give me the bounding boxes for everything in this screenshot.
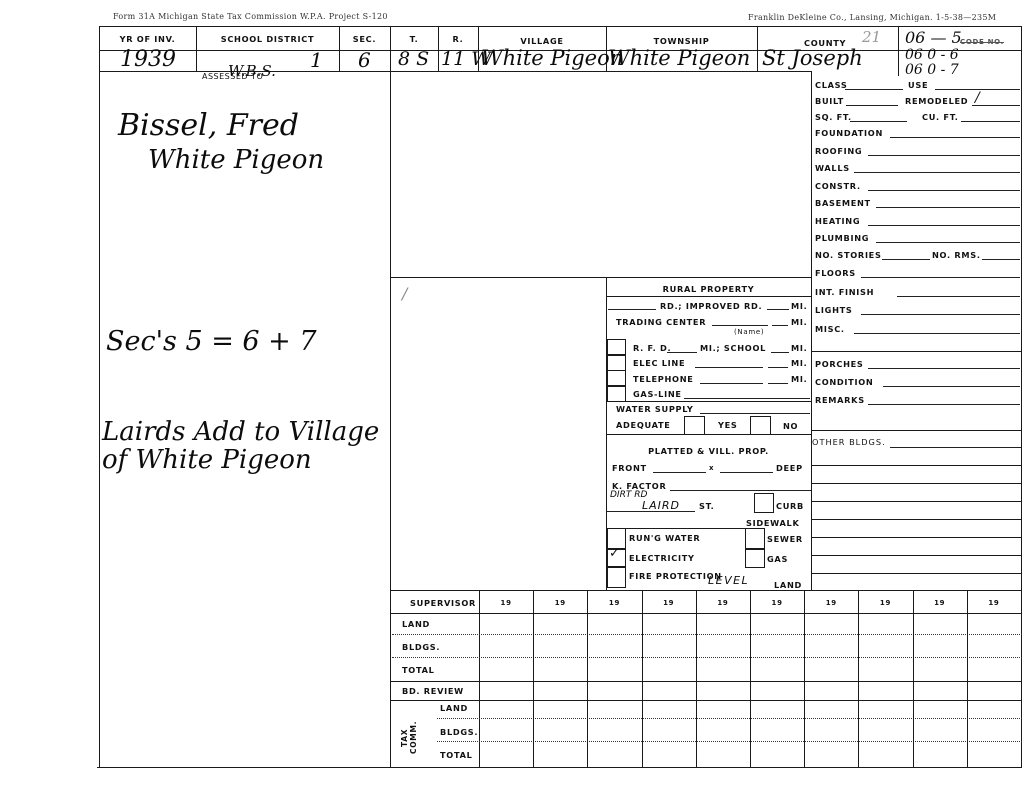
printer-caption: Franklin DeKleine Co., Lansing, Michigan… xyxy=(748,13,996,22)
no-rms-label: NO. RMS. xyxy=(932,250,981,260)
supervisor-total-label: TOTAL xyxy=(402,665,435,675)
elec-line-label: ELEC LINE xyxy=(633,358,685,368)
use-label: USE xyxy=(908,80,928,90)
front-label: FRONT xyxy=(612,463,647,473)
st-label: ST. xyxy=(699,501,714,511)
sewer-checkbox[interactable] xyxy=(745,528,765,550)
plumbing-label: PLUMBING xyxy=(815,233,869,243)
land-note: LEVEL xyxy=(708,574,749,587)
tax-comm-label: TAX COMM. xyxy=(400,715,418,760)
year-column-header[interactable]: 19 xyxy=(533,599,587,607)
by-label: x xyxy=(709,464,714,472)
adequate-label: ADEQUATE xyxy=(616,420,671,430)
roofing-field[interactable] xyxy=(868,155,1020,156)
land-label: LAND xyxy=(774,580,802,590)
other-bldgs-field[interactable] xyxy=(890,447,1021,448)
valuation-top-edge xyxy=(390,590,1022,591)
remodeled-label: REMODELED xyxy=(905,96,968,106)
condition-label: CONDITION xyxy=(815,377,873,387)
year-column-header[interactable]: 19 xyxy=(858,599,912,607)
year-column-header[interactable]: 19 xyxy=(696,599,750,607)
tax-comm-land-label: LAND xyxy=(440,703,468,713)
class-label: CLASS xyxy=(815,80,848,90)
mi-label-1: MI. xyxy=(791,301,807,311)
rfd-label: R. F. D. xyxy=(633,343,671,353)
code-number-1: 06 — 5 xyxy=(905,28,962,47)
header-r: R. xyxy=(438,34,478,44)
basement-label: BASEMENT xyxy=(815,198,871,208)
year-column-header[interactable]: 19 xyxy=(587,599,641,607)
header-village: VILLAGE xyxy=(478,36,606,46)
remarks-label: REMARKS xyxy=(815,395,865,405)
value-yr-of-inv: 1939 xyxy=(120,47,176,72)
adequate-no-checkbox[interactable] xyxy=(750,416,771,435)
curb-label: CURB xyxy=(776,501,804,511)
remodeled-value: / xyxy=(975,90,980,106)
value-village: White Pigeon xyxy=(481,46,623,70)
year-column-header[interactable]: 19 xyxy=(642,599,696,607)
platted-title: PLATTED & VILL. PROP. xyxy=(606,446,811,456)
trading-center-field[interactable] xyxy=(712,325,768,326)
floors-label: FLOORS xyxy=(815,268,856,278)
built-field[interactable] xyxy=(846,105,898,106)
header-school-district: SCHOOL DISTRICT xyxy=(196,34,339,44)
walls-field[interactable] xyxy=(854,172,1020,173)
supervisor-bldgs-label: BLDGS. xyxy=(402,642,440,652)
int-finish-field[interactable] xyxy=(897,296,1020,297)
other-bldgs-line[interactable] xyxy=(811,501,1021,502)
assessor-initials: W.B.S. xyxy=(228,62,276,80)
remodeled-field[interactable] xyxy=(972,105,1020,106)
code-number-3: 06 0 - 7 xyxy=(905,62,959,78)
elec-line-field[interactable] xyxy=(695,367,763,368)
form-id-caption: Form 31A Michigan State Tax Commission W… xyxy=(113,12,388,21)
description-line-1: Lairds Add to Village xyxy=(102,417,379,447)
built-label: BUILT xyxy=(815,96,844,106)
telephone-miles-field[interactable] xyxy=(768,383,788,384)
value-sec: 6 xyxy=(358,48,371,72)
adequate-yes-checkbox[interactable] xyxy=(684,416,705,435)
middle-divider xyxy=(390,277,812,278)
mi-label-4: MI. xyxy=(791,358,807,368)
k-factor-field[interactable] xyxy=(670,490,811,491)
other-bldgs-line[interactable] xyxy=(811,555,1021,556)
electricity-label: ELECTRICITY xyxy=(629,553,695,563)
elec-line-miles-field[interactable] xyxy=(768,367,788,368)
constr-label: CONSTR. xyxy=(815,181,861,191)
floors-field[interactable] xyxy=(861,277,1020,278)
sq-ft-label: SQ. FT. xyxy=(815,112,852,122)
electricity-check-mark: ✓ xyxy=(609,546,620,561)
mi-label-5: MI. xyxy=(791,374,807,384)
rfd-checkbox[interactable] xyxy=(607,339,626,355)
gas-label: GAS xyxy=(767,554,788,564)
water-supply-field[interactable] xyxy=(700,413,810,414)
header-yr-of-inv: YR OF INV. xyxy=(99,34,196,44)
year-column-header[interactable]: 19 xyxy=(750,599,804,607)
other-bldgs-line[interactable] xyxy=(811,483,1021,484)
running-water-label: RUN'G WATER xyxy=(629,533,700,543)
value-school-district: 1 xyxy=(310,48,323,72)
header-t: T. xyxy=(390,34,438,44)
walls-label: WALLS xyxy=(815,163,850,173)
curb-checkbox[interactable] xyxy=(754,493,774,513)
other-bldgs-line[interactable] xyxy=(811,465,1021,466)
owner-name: Bissel, Fred xyxy=(118,108,299,143)
roofing-label: ROOFING xyxy=(815,146,862,156)
year-column-header[interactable]: 19 xyxy=(913,599,967,607)
building-panel-left-edge xyxy=(811,71,812,590)
trading-center-label: TRADING CENTER xyxy=(616,317,706,327)
year-column-header[interactable]: 19 xyxy=(967,599,1021,607)
heating-label: HEATING xyxy=(815,216,860,226)
porches-field[interactable] xyxy=(868,368,1020,369)
telephone-field[interactable] xyxy=(700,383,763,384)
code-number-2: 06 0 - 6 xyxy=(905,47,959,63)
middle-mark: / xyxy=(402,284,407,303)
year-column-header[interactable]: 19 xyxy=(479,599,533,607)
int-finish-label: INT. FINISH xyxy=(815,287,874,297)
improved-rd-field[interactable] xyxy=(767,309,789,310)
sewer-label: SEWER xyxy=(767,534,803,544)
elec-line-checkbox[interactable] xyxy=(607,355,626,371)
rd-miles-field[interactable] xyxy=(608,309,656,310)
value-t: 8 S xyxy=(398,48,429,70)
porches-label: PORCHES xyxy=(815,359,864,369)
gas-line-checkbox[interactable] xyxy=(607,386,626,402)
header-township: TOWNSHIP xyxy=(606,36,757,46)
heating-field[interactable] xyxy=(868,225,1020,226)
county-note: 21 xyxy=(862,28,881,46)
gas-line-field[interactable] xyxy=(684,398,810,399)
sidewalk-label: SIDEWALK xyxy=(746,518,800,528)
value-township: White Pigeon xyxy=(608,46,750,70)
other-bldgs-line[interactable] xyxy=(811,519,1021,520)
gas-checkbox[interactable] xyxy=(745,548,765,568)
foundation-label: FOUNDATION xyxy=(815,128,883,138)
description-line-2: of White Pigeon xyxy=(102,445,312,475)
other-bldgs-label: OTHER BLDGS. xyxy=(812,437,886,447)
tax-comm-total-label: TOTAL xyxy=(440,750,473,760)
telephone-checkbox[interactable] xyxy=(607,370,626,386)
header-sec: SEC. xyxy=(339,34,390,44)
improved-rd-label: RD.; IMPROVED RD. xyxy=(660,301,762,311)
trading-center-miles-field[interactable] xyxy=(772,325,788,326)
other-bldgs-line[interactable] xyxy=(811,573,1021,574)
school-miles-field[interactable] xyxy=(771,352,789,353)
water-supply-label: WATER SUPPLY xyxy=(616,404,694,414)
rfd-field[interactable] xyxy=(667,352,697,353)
mi-school-label: MI.; SCHOOL xyxy=(700,343,766,353)
rural-property-title: RURAL PROPERTY xyxy=(606,284,811,294)
fire-protection-checkbox[interactable] xyxy=(607,566,626,588)
supervisor-land-label: LAND xyxy=(402,619,430,629)
street-field[interactable] xyxy=(607,511,695,512)
plumbing-field[interactable] xyxy=(876,242,1020,243)
misc-label: MISC. xyxy=(815,324,845,334)
value-county: St Joseph xyxy=(762,46,863,70)
basement-field[interactable] xyxy=(876,207,1020,208)
misc-field[interactable] xyxy=(854,333,1020,334)
no-stories-label: NO. STORIES xyxy=(815,250,882,260)
mi-label-3: MI. xyxy=(791,343,807,353)
class-field[interactable] xyxy=(845,89,903,90)
front-field[interactable] xyxy=(653,472,706,473)
no-label: NO xyxy=(783,421,798,431)
yes-label: YES xyxy=(718,420,738,430)
condition-field[interactable] xyxy=(883,386,1020,387)
bd-review-label: BD. REVIEW xyxy=(402,686,464,696)
remarks-field[interactable] xyxy=(868,404,1020,405)
code-no-label: CODE NO. xyxy=(960,38,1004,46)
owner-town: White Pigeon xyxy=(148,145,324,175)
gas-line-label: GAS-LINE xyxy=(633,389,682,399)
no-rms-field[interactable] xyxy=(982,259,1020,260)
cu-ft-label: CU. FT. xyxy=(922,112,959,122)
other-bldgs-line[interactable] xyxy=(811,537,1021,538)
cu-ft-field[interactable] xyxy=(961,121,1020,122)
deep-field[interactable] xyxy=(720,472,773,473)
name-hint: (Name) xyxy=(734,328,764,336)
constr-field[interactable] xyxy=(868,190,1020,191)
lights-label: LIGHTS xyxy=(815,305,853,315)
foundation-field[interactable] xyxy=(890,137,1020,138)
telephone-label: TELEPHONE xyxy=(633,374,694,384)
tax-comm-bldgs-label: BLDGS. xyxy=(440,727,478,737)
year-column-header[interactable]: 19 xyxy=(804,599,858,607)
no-stories-field[interactable] xyxy=(882,259,930,260)
deep-label: DEEP xyxy=(776,463,803,473)
section-note: Sec's 5 = 6 + 7 xyxy=(106,326,317,357)
mi-label-2: MI. xyxy=(791,317,807,327)
lights-field[interactable] xyxy=(861,314,1020,315)
sq-ft-field[interactable] xyxy=(850,121,907,122)
supervisor-label: SUPERVISOR xyxy=(410,598,476,608)
